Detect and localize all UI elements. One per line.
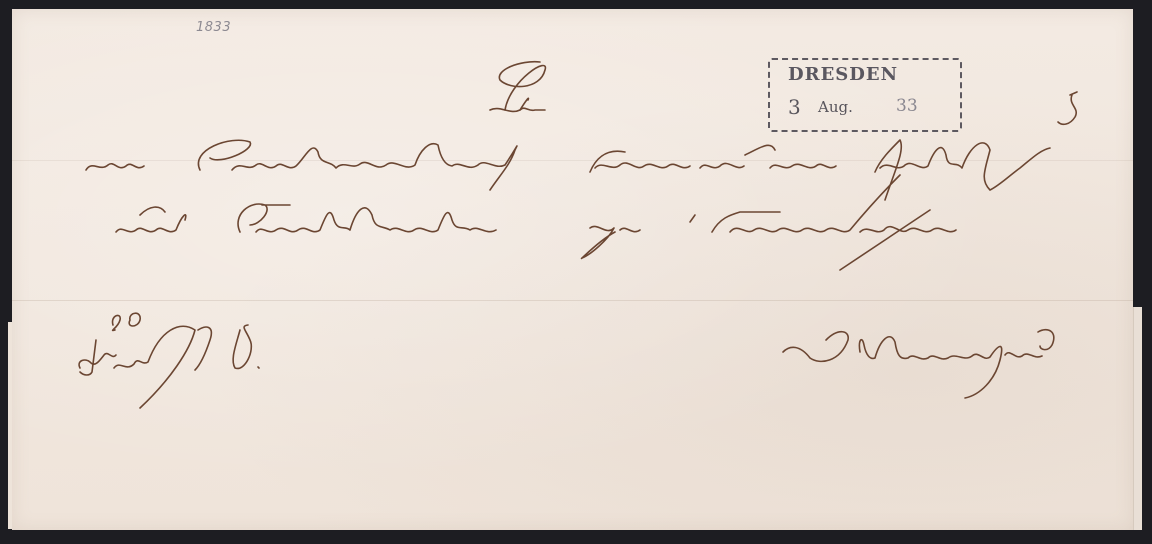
handwriting-an	[490, 62, 545, 112]
handwriting-corner-5	[1058, 92, 1077, 124]
handwriting-rate-note	[79, 313, 259, 408]
handwriting-destination	[783, 330, 1054, 398]
handwriting-line-3	[116, 175, 956, 270]
handwriting-line-2	[86, 140, 1050, 200]
handwriting-layer	[0, 0, 1152, 544]
